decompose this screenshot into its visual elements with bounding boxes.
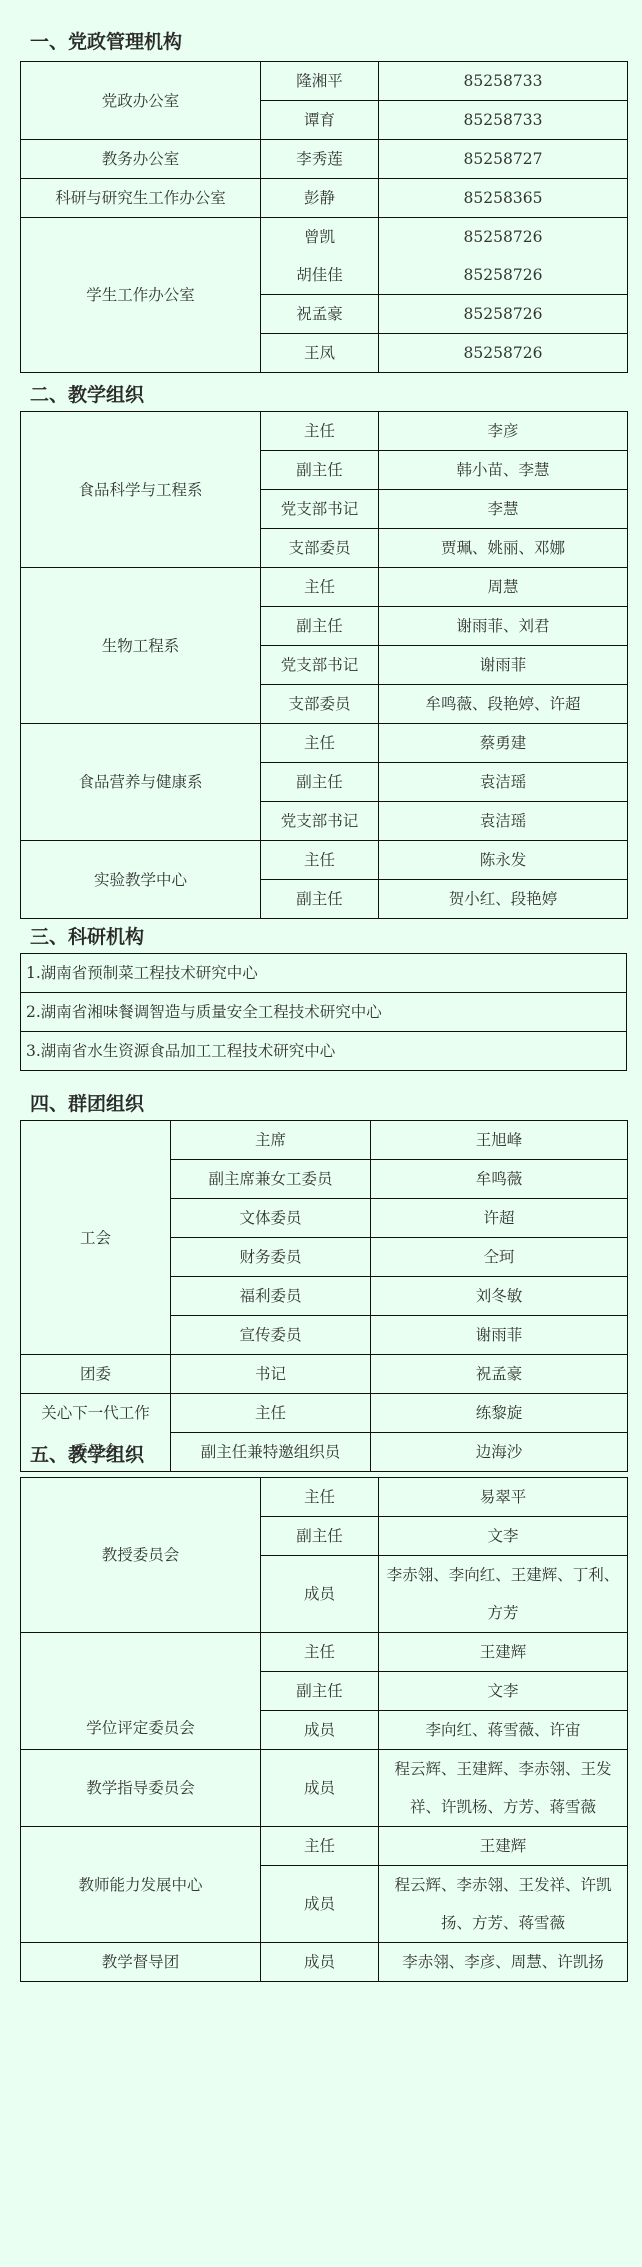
name-cell: 王凤 [261,334,379,373]
phone-cell: 85258726 [379,256,628,295]
phone-cell: 85258726 [379,218,628,257]
role-cell: 副主任 [261,607,379,646]
table-row: 党政办公室 隆湘平 85258733 [21,62,628,101]
name-cell: 谭育 [261,101,379,140]
phone-cell: 85258727 [379,140,628,179]
role-cell: 书记 [171,1355,371,1394]
people-cell: 易翠平 [379,1478,628,1517]
section-title-mass-organizations: 四、群团组织 [30,1092,144,1116]
role-cell: 主任 [261,1478,379,1517]
people-cell: 谢雨菲 [371,1316,628,1355]
section-title-teaching-org: 二、教学组织 [30,383,144,407]
role-cell: 成员 [261,1750,379,1827]
role-cell: 主任 [261,1633,379,1672]
role-cell: 副主任 [261,880,379,919]
people-cell: 程云辉、李赤翎、王发祥、许凯扬、方芳、蒋雪薇 [379,1866,628,1943]
role-cell: 主任 [171,1394,371,1433]
table-row: 教学指导委员会 成员 程云辉、王建辉、李赤翎、王发祥、许凯杨、方芳、蒋雪薇 [21,1750,628,1827]
section-title-teaching-committees: 五、教学组织 [30,1443,144,1467]
people-cell: 王建辉 [379,1633,628,1672]
section-title-research-institutes: 三、科研机构 [30,925,144,949]
role-cell: 党支部书记 [261,490,379,529]
role-cell: 主任 [261,568,379,607]
people-cell: 练黎旋 [371,1394,628,1433]
unit-cell: 实验教学中心 [21,841,261,919]
role-cell: 支部委员 [261,529,379,568]
unit-cell: 教学指导委员会 [21,1750,261,1827]
unit-cell: 教学督导团 [21,1943,261,1982]
people-cell: 牟鸣薇 [371,1160,628,1199]
table-row: 2.湖南省湘味餐调智造与质量安全工程技术研究中心 [21,993,627,1032]
people-cell: 蔡勇建 [379,724,628,763]
office-cell: 教务办公室 [21,140,261,179]
people-cell: 文李 [379,1517,628,1556]
people-cell: 李慧 [379,490,628,529]
table-row: 教授委员会 主任 易翠平 [21,1478,628,1517]
phone-cell: 85258733 [379,101,628,140]
unit-cell: 学位评定委员会 [21,1633,261,1750]
role-cell: 成员 [261,1943,379,1982]
people-cell: 李赤翎、李向红、王建辉、丁利、方芳 [379,1556,628,1633]
table-row: 工会 主席 王旭峰 [21,1121,628,1160]
unit-cell: 食品营养与健康系 [21,724,261,841]
name-cell: 彭静 [261,179,379,218]
role-cell: 主任 [261,724,379,763]
people-cell: 程云辉、王建辉、李赤翎、王发祥、许凯杨、方芳、蒋雪薇 [379,1750,628,1827]
people-cell: 边海沙 [371,1433,628,1472]
people-cell: 李向红、蒋雪薇、许宙 [379,1711,628,1750]
people-cell: 王旭峰 [371,1121,628,1160]
name-cell: 隆湘平 [261,62,379,101]
name-cell: 曾凯 [261,218,379,257]
phone-cell: 85258726 [379,295,628,334]
table-row: 食品科学与工程系 主任 李彦 [21,412,628,451]
phone-cell: 85258365 [379,179,628,218]
role-cell: 宣传委员 [171,1316,371,1355]
table-row: 教学督导团 成员 李赤翎、李彦、周慧、许凯扬 [21,1943,628,1982]
people-cell: 韩小苗、李慧 [379,451,628,490]
people-cell: 李赤翎、李彦、周慧、许凯扬 [379,1943,628,1982]
role-cell: 成员 [261,1556,379,1633]
name-cell: 胡佳佳 [261,256,379,295]
role-cell: 主任 [261,412,379,451]
unit-cell: 团委 [21,1355,171,1394]
name-cell: 祝孟豪 [261,295,379,334]
people-cell: 袁洁瑶 [379,802,628,841]
people-cell: 祝孟豪 [371,1355,628,1394]
role-cell: 主任 [261,1827,379,1866]
unit-cell: 工会 [21,1121,171,1355]
role-cell: 党支部书记 [261,802,379,841]
role-cell: 主任 [261,841,379,880]
table-row: 关心下一代工作 委员会 主任 练黎旋 [21,1394,628,1433]
role-cell: 福利委员 [171,1277,371,1316]
table-row: 3.湖南省水生资源食品加工工程技术研究中心 [21,1032,627,1071]
table-row: 学生工作办公室 曾凯 85258726 [21,218,628,257]
list-item: 2.湖南省湘味餐调智造与质量安全工程技术研究中心 [21,993,627,1032]
phone-cell: 85258726 [379,334,628,373]
teaching-committees-table: 教授委员会 主任 易翠平 副主任 文李 成员 李赤翎、李向红、王建辉、丁利、方芳… [20,1477,628,1982]
list-item: 3.湖南省水生资源食品加工工程技术研究中心 [21,1032,627,1071]
table-row: 团委 书记 祝孟豪 [21,1355,628,1394]
office-cell: 学生工作办公室 [21,218,261,373]
table-row: 食品营养与健康系 主任 蔡勇建 [21,724,628,763]
party-admin-table: 党政办公室 隆湘平 85258733 谭育 85258733 教务办公室 李秀莲… [20,61,628,373]
people-cell: 李彦 [379,412,628,451]
people-cell: 谢雨菲 [379,646,628,685]
role-cell: 主席 [171,1121,371,1160]
people-cell: 周慧 [379,568,628,607]
people-cell: 文李 [379,1672,628,1711]
role-cell: 支部委员 [261,685,379,724]
table-row: 科研与研究生工作办公室 彭静 85258365 [21,179,628,218]
role-cell: 副主任 [261,763,379,802]
people-cell: 仝珂 [371,1238,628,1277]
people-cell: 刘冬敏 [371,1277,628,1316]
table-row: 实验教学中心 主任 陈永发 [21,841,628,880]
role-cell: 文体委员 [171,1199,371,1238]
research-institutes-table: 1.湖南省预制菜工程技术研究中心 2.湖南省湘味餐调智造与质量安全工程技术研究中… [20,953,627,1071]
people-cell: 王建辉 [379,1827,628,1866]
table-row: 教务办公室 李秀莲 85258727 [21,140,628,179]
mass-organizations-table: 工会 主席 王旭峰 副主席兼女工委员 牟鸣薇 文体委员 许超 财务委员 仝珂 福… [20,1120,628,1472]
office-cell: 科研与研究生工作办公室 [21,179,261,218]
role-cell: 党支部书记 [261,646,379,685]
role-cell: 副主任 [261,1517,379,1556]
people-cell: 贺小红、段艳婷 [379,880,628,919]
table-row: 学位评定委员会 主任 王建辉 [21,1633,628,1672]
role-cell: 副主任兼特邀组织员 [171,1433,371,1472]
role-cell: 副主任 [261,451,379,490]
unit-cell: 食品科学与工程系 [21,412,261,568]
unit-cell: 教师能力发展中心 [21,1827,261,1943]
role-cell: 成员 [261,1866,379,1943]
unit-cell: 生物工程系 [21,568,261,724]
phone-cell: 85258733 [379,62,628,101]
table-row: 1.湖南省预制菜工程技术研究中心 [21,954,627,993]
unit-cell: 教授委员会 [21,1478,261,1633]
people-cell: 陈永发 [379,841,628,880]
role-cell: 财务委员 [171,1238,371,1277]
people-cell: 许超 [371,1199,628,1238]
table-row: 教师能力发展中心 主任 王建辉 [21,1827,628,1866]
teaching-org-table: 食品科学与工程系 主任 李彦 副主任 韩小苗、李慧 党支部书记 李慧 支部委员 … [20,411,628,919]
people-cell: 牟鸣薇、段艳婷、许超 [379,685,628,724]
role-cell: 副主席兼女工委员 [171,1160,371,1199]
role-cell: 成员 [261,1711,379,1750]
people-cell: 贾珮、姚丽、邓娜 [379,529,628,568]
section-title-party-admin: 一、党政管理机构 [30,30,182,54]
people-cell: 袁洁瑶 [379,763,628,802]
role-cell: 副主任 [261,1672,379,1711]
list-item: 1.湖南省预制菜工程技术研究中心 [21,954,627,993]
people-cell: 谢雨菲、刘君 [379,607,628,646]
name-cell: 李秀莲 [261,140,379,179]
unit-label-line1: 关心下一代工作 [25,1394,166,1432]
table-row: 生物工程系 主任 周慧 [21,568,628,607]
office-cell: 党政办公室 [21,62,261,140]
